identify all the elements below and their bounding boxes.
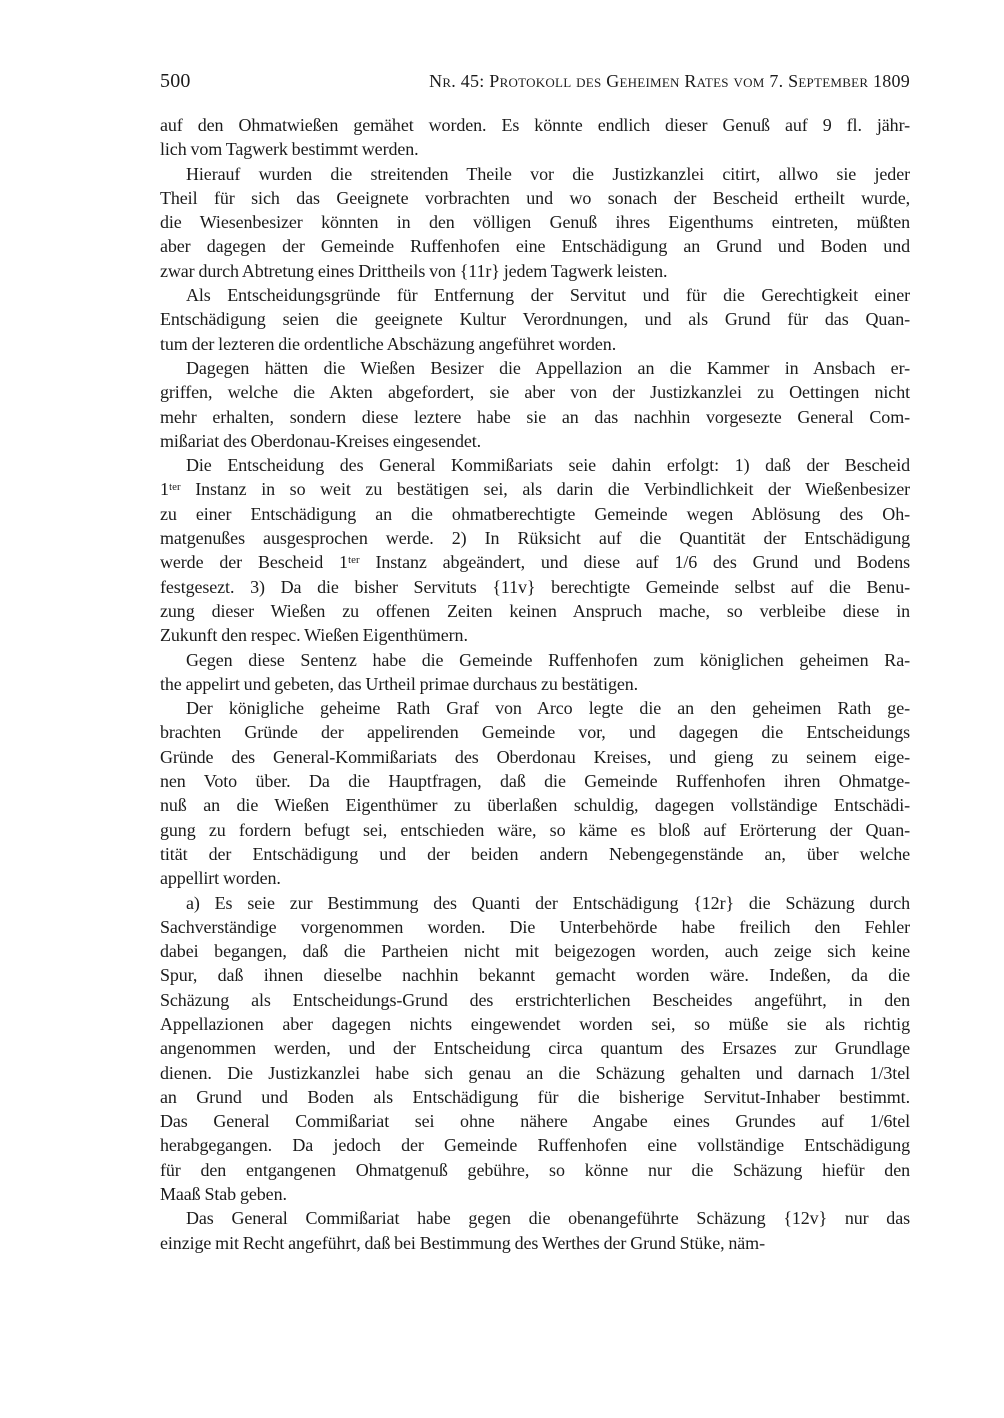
text-line: Maaß Stab geben. [160, 1182, 910, 1206]
text-line: tität der Entschädigung und der beiden a… [160, 842, 910, 866]
text-line: tum der lezteren die ordentliche Abschäz… [160, 332, 910, 356]
text-line: griffen, welche die Akten abgefordert, s… [160, 380, 910, 404]
text-line: die Wiesenbesizer könnten in den völlige… [160, 210, 910, 234]
text-line: Gründe des General-Kommißariats des Ober… [160, 745, 910, 769]
text-line: einzige mit Recht angeführt, daß bei Bes… [160, 1231, 910, 1255]
text-line: Der königliche geheime Rath Graf von Arc… [160, 696, 910, 720]
text-line: Hierauf wurden die streitenden Theile vo… [160, 162, 910, 186]
text-line: an Grund und Boden als Entschädigung für… [160, 1085, 910, 1109]
text-line: the appelirt und gebeten, das Urtheil pr… [160, 672, 910, 696]
text-line: dabei begangen, daß die Partheien nicht … [160, 939, 910, 963]
text-line: nen Voto über. Da die Hauptfragen, daß d… [160, 769, 910, 793]
text-line: Das General Commißariat sei ohne nähere … [160, 1109, 910, 1133]
text-line: Spur, daß ihnen dieselbe nachhin bekannt… [160, 963, 910, 987]
paragraph: a) Es seie zur Bestimmung des Quanti der… [160, 891, 910, 1207]
text-line: aber dagegen der Gemeinde Ruffenhofen ei… [160, 234, 910, 258]
text-line: Schäzung als Entscheidungs-Grund des ers… [160, 988, 910, 1012]
text-line: Entschädigung seien die geeignete Kultur… [160, 307, 910, 331]
text-line: Die Entscheidung des General Kommißariat… [160, 453, 910, 477]
text-line: Sachverständige vorgenommen worden. Die … [160, 915, 910, 939]
paragraph: Gegen diese Sentenz habe die Gemeinde Ru… [160, 648, 910, 697]
text-line: zwar durch Abtretung eines Drittheils vo… [160, 259, 910, 283]
page-header: 500 Nr. 45: Protokoll des Geheimen Rates… [160, 70, 910, 93]
text-line: zung dieser Wießen zu offenen Zeiten kei… [160, 599, 910, 623]
text-line: brachten Gründe der appelirenden Gemeind… [160, 720, 910, 744]
paragraph: Das General Commißariat habe gegen die o… [160, 1206, 910, 1255]
text-line: werde der Bescheid 1ᵗᵉʳ Instanz abgeände… [160, 550, 910, 574]
text-line: zu einer Entschädigung an die ohmatberec… [160, 502, 910, 526]
paragraph: Die Entscheidung des General Kommißariat… [160, 453, 910, 647]
document-page: 500 Nr. 45: Protokoll des Geheimen Rates… [0, 0, 1004, 1418]
document-body: auf den Ohmatwießen gemähet worden. Es k… [160, 113, 910, 1255]
text-line: auf den Ohmatwießen gemähet worden. Es k… [160, 113, 910, 137]
paragraph: Der königliche geheime Rath Graf von Arc… [160, 696, 910, 890]
text-line: Theil für sich das Geeignete vorbrachten… [160, 186, 910, 210]
paragraph: Dagegen hätten die Wießen Besizer die Ap… [160, 356, 910, 453]
text-line: Dagegen hätten die Wießen Besizer die Ap… [160, 356, 910, 380]
text-line: nuß an die Wießen Eigenthümer zu überlaß… [160, 793, 910, 817]
text-line: für den entgangenen Ohmatgenuß gebühre, … [160, 1158, 910, 1182]
text-line: festgesezt. 3) Da die bisher Servituts {… [160, 575, 910, 599]
text-line: a) Es seie zur Bestimmung des Quanti der… [160, 891, 910, 915]
page-number: 500 [160, 70, 191, 93]
text-line: 1ᵗᵉʳ Instanz in so weit zu bestätigen se… [160, 477, 910, 501]
paragraph: Hierauf wurden die streitenden Theile vo… [160, 162, 910, 283]
text-line: angenommen werden, und der Entscheidung … [160, 1036, 910, 1060]
paragraph: Als Entscheidungsgründe für Entfernung d… [160, 283, 910, 356]
text-line: lich vom Tagwerk bestimmt werden. [160, 137, 910, 161]
text-line: appellirt worden. [160, 866, 910, 890]
paragraph: auf den Ohmatwießen gemähet worden. Es k… [160, 113, 910, 162]
text-line: Das General Commißariat habe gegen die o… [160, 1206, 910, 1230]
text-line: Gegen diese Sentenz habe die Gemeinde Ru… [160, 648, 910, 672]
text-line: dienen. Die Justizkanzlei habe sich gena… [160, 1061, 910, 1085]
text-line: gung zu fordern befugt sei, entschieden … [160, 818, 910, 842]
text-line: Appellazionen aber dagegen nichts eingew… [160, 1012, 910, 1036]
text-line: mehr erhalten, sondern diese leztere hab… [160, 405, 910, 429]
text-line: mißariat des Oberdonau-Kreises eingesend… [160, 429, 910, 453]
text-line: herabgegangen. Da jedoch der Gemeinde Ru… [160, 1133, 910, 1157]
text-line: matgenußes ausgesprochen werde. 2) In Rü… [160, 526, 910, 550]
text-line: Als Entscheidungsgründe für Entfernung d… [160, 283, 910, 307]
text-line: Zukunft den respec. Wießen Eigenthümern. [160, 623, 910, 647]
running-head-title: Nr. 45: Protokoll des Geheimen Rates vom… [429, 71, 910, 92]
